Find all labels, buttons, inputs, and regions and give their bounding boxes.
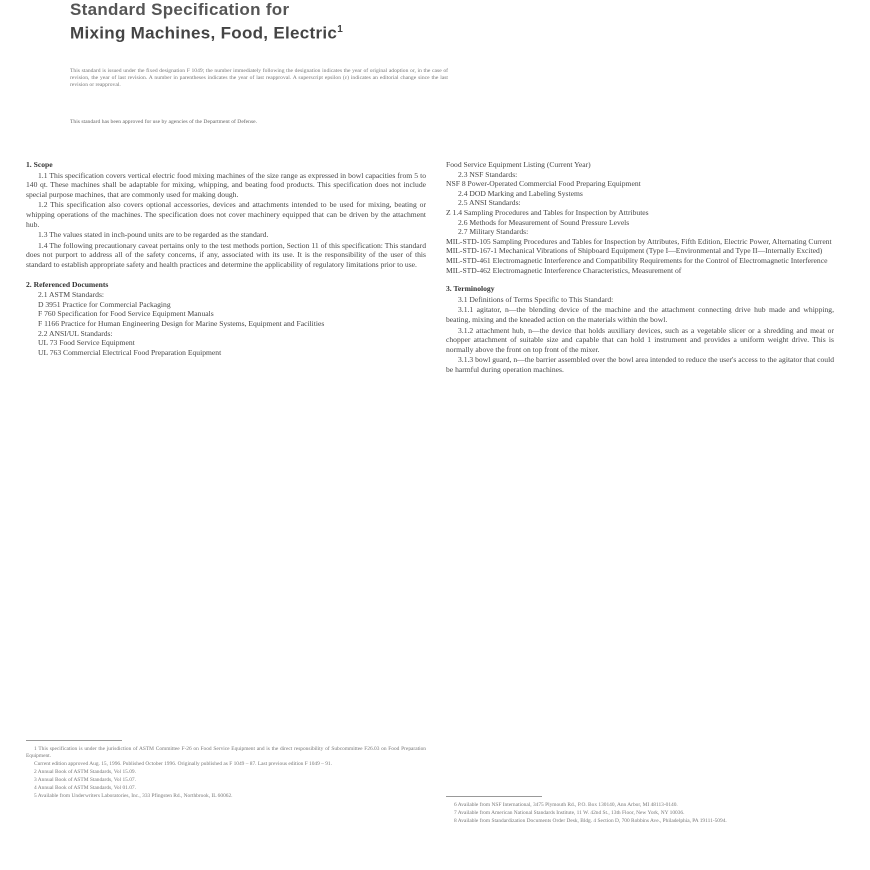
paragraph: 3.1 Definitions of Terms Specific to Thi… bbox=[446, 295, 834, 305]
reference-item: 2.6 Methods for Measurement of Sound Pre… bbox=[446, 218, 834, 228]
reference-item: Z 1.4 Sampling Procedures and Tables for… bbox=[446, 208, 834, 218]
reference-item: UL 763 Commercial Electrical Food Prepar… bbox=[26, 348, 426, 358]
footnote: 3 Annual Book of ASTM Standards, Vol 15.… bbox=[26, 777, 426, 784]
footnote-rule-right bbox=[446, 796, 542, 797]
footnote: 6 Available from NSF International, 3475… bbox=[446, 802, 834, 809]
paragraph: 1.3 The values stated in inch-pound unit… bbox=[26, 230, 426, 240]
reference-item: 2.5 ANSI Standards: bbox=[446, 198, 834, 208]
paragraph: 1.2 This specification also covers optio… bbox=[26, 200, 426, 229]
footnote: 1 This specification is under the jurisd… bbox=[26, 746, 426, 760]
left-column: 1. Scope 1.1 This specification covers v… bbox=[26, 160, 426, 357]
reference-item: D 3951 Practice for Commercial Packaging bbox=[26, 300, 426, 310]
document-title: Standard Specification for Mixing Machin… bbox=[70, 0, 450, 44]
reference-item: 2.2 ANSI/UL Standards: bbox=[26, 329, 426, 339]
reference-item: 2.7 Military Standards: bbox=[446, 227, 834, 237]
reference-item: MIL-STD-167-1 Mechanical Vibrations of S… bbox=[446, 246, 834, 256]
title-line-1: Standard Specification for bbox=[70, 0, 450, 19]
reference-item: MIL-STD-462 Electromagnetic Interference… bbox=[446, 266, 834, 276]
section-heading-referenced-documents: 2. Referenced Documents bbox=[26, 280, 426, 290]
reference-item: NSF 8 Power-Operated Commercial Food Pre… bbox=[446, 179, 834, 189]
footnotes-left: 1 This specification is under the jurisd… bbox=[26, 746, 426, 801]
footnote: 8 Available from Standardization Documen… bbox=[446, 818, 834, 825]
reference-item: Food Service Equipment Listing (Current … bbox=[446, 160, 834, 170]
paragraph: 1.1 This specification covers vertical e… bbox=[26, 171, 426, 200]
right-column: Food Service Equipment Listing (Current … bbox=[446, 160, 834, 375]
reference-item: MIL-STD-105 Sampling Procedures and Tabl… bbox=[446, 237, 834, 247]
title-footnote-mark: 1 bbox=[337, 24, 343, 35]
footnote-rule-left bbox=[26, 740, 122, 741]
dod-approval-note: This standard has been approved for use … bbox=[70, 119, 370, 126]
reference-item: 2.1 ASTM Standards: bbox=[26, 290, 426, 300]
section-heading-scope: 1. Scope bbox=[26, 160, 426, 170]
reference-item: UL 73 Food Service Equipment bbox=[26, 338, 426, 348]
reference-item: MIL-STD-461 Electromagnetic Interference… bbox=[446, 256, 834, 266]
paragraph: 3.1.2 attachment hub, n—the device that … bbox=[446, 326, 834, 355]
section-heading-terminology: 3. Terminology bbox=[446, 284, 834, 294]
reference-item: F 760 Specification for Food Service Equ… bbox=[26, 309, 426, 319]
paragraph: 1.4 The following precautionary caveat p… bbox=[26, 241, 426, 270]
footnote: 2 Annual Book of ASTM Standards, Vol 15.… bbox=[26, 769, 426, 776]
reference-item: F 1166 Practice for Human Engineering De… bbox=[26, 319, 426, 329]
footnote: 7 Available from American National Stand… bbox=[446, 810, 834, 817]
title-line-2: Mixing Machines, Food, Electric1 bbox=[70, 19, 450, 44]
paragraph: 3.1.3 bowl guard, n—the barrier assemble… bbox=[446, 355, 834, 374]
footnote: 5 Available from Underwriters Laboratori… bbox=[26, 793, 426, 800]
document-page: Standard Specification for Mixing Machin… bbox=[0, 0, 870, 870]
footnote: Current edition approved Aug. 15, 1996. … bbox=[26, 761, 426, 768]
footnote: 4 Annual Book of ASTM Standards, Vol 01.… bbox=[26, 785, 426, 792]
reference-item: 2.3 NSF Standards: bbox=[446, 170, 834, 180]
reference-item: 2.4 DOD Marking and Labeling Systems bbox=[446, 189, 834, 199]
paragraph: 3.1.1 agitator, n—the blending device of… bbox=[446, 305, 834, 324]
footnotes-right: 6 Available from NSF International, 3475… bbox=[446, 802, 834, 826]
designation-notice: This standard is issued under the fixed … bbox=[70, 68, 448, 89]
